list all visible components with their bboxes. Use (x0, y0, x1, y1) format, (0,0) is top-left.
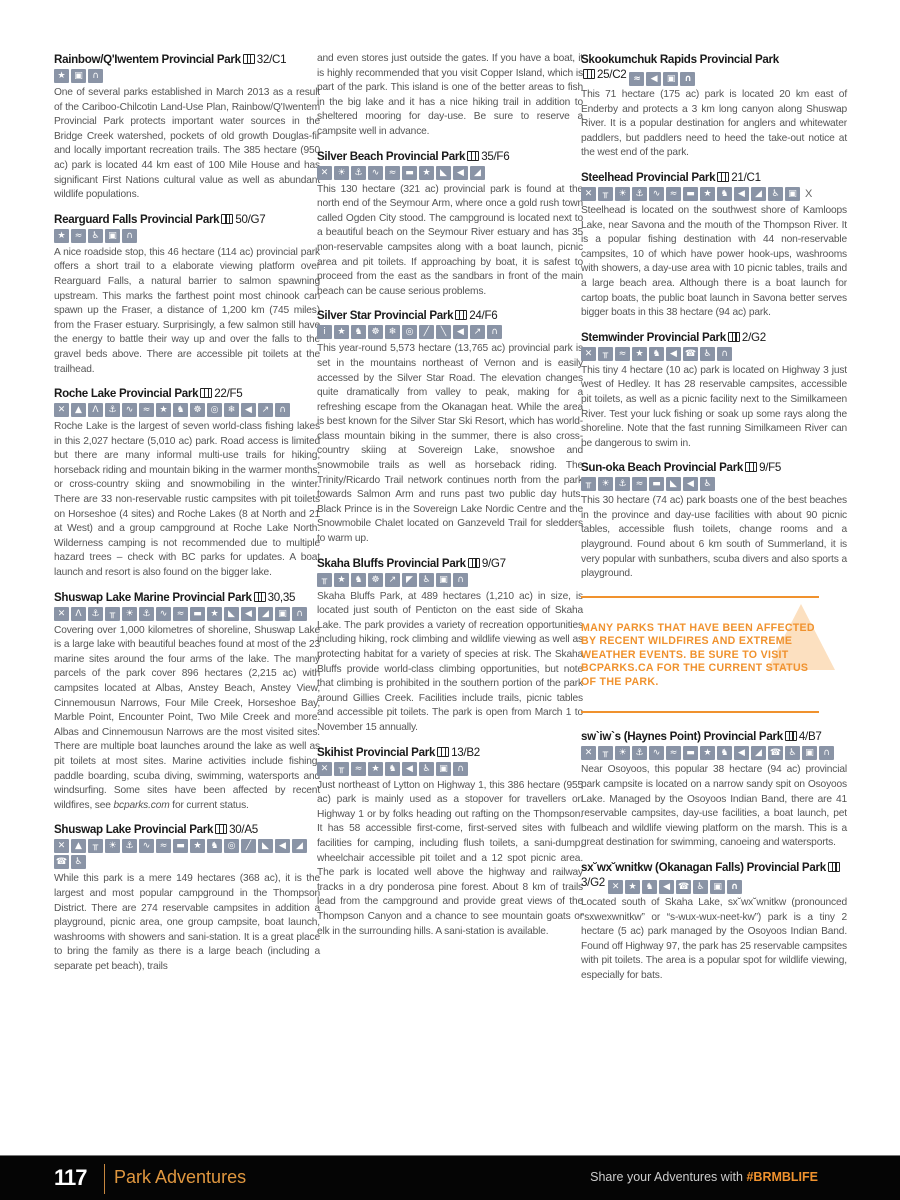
canoe-icon: ▬ (173, 839, 188, 853)
canoe-icon: ▬ (683, 187, 698, 201)
wheelchair-icon: ♿ (700, 477, 715, 491)
amenity-icons: ✕Λ⚓╥☀⚓∿≈▬★◣◀◢▣∩ (54, 607, 320, 621)
fishing-icon: ◀ (659, 880, 674, 894)
amenity-icons: ≈◀▣∩ (629, 72, 695, 86)
paddling-icon: ≈ (173, 607, 188, 621)
toilet-icon: ▣ (710, 880, 725, 894)
hiking-icon: ★ (54, 69, 69, 83)
no-entry-icon: ✕ (317, 762, 332, 776)
binoculars-icon: ∩ (453, 762, 468, 776)
no-entry-icon: ✕ (581, 347, 596, 361)
park-title: Skihist Provincial Park13/B2 (317, 745, 583, 760)
footer-divider (104, 1164, 105, 1194)
horseback-icon: ♞ (173, 403, 188, 417)
park-description: Located south of Skaha Lake, sx˘wx˘wnitk… (581, 896, 847, 984)
amenity-icons: ✕╥☀⚓∿≈▬★♞◀◢☎♿▣∩ (581, 746, 847, 760)
map-book-icon (243, 54, 255, 64)
notice-text: MANY PARKS THAT HAVE BEEN AFFECTED BY RE… (581, 610, 819, 700)
scuba-icon: ◣ (666, 477, 681, 491)
park-entry: Stemwinder Provincial Park2/G2✕╥≈★♞◀☎♿∩T… (581, 330, 847, 452)
amenity-icons: ╥★♞☸↗◤♿▣∩ (317, 573, 583, 587)
horseback-icon: ♞ (385, 762, 400, 776)
paddling-icon: ≈ (139, 403, 154, 417)
map-reference: 35/F6 (481, 150, 509, 163)
amenity-icons: ╥☀⚓≈▬◣◀♿ (581, 477, 847, 491)
park-name: sx˘wx˘wnitkw (Okanagan Falls) Provincial… (581, 861, 826, 874)
picnic-icon: ╥ (88, 839, 103, 853)
park-name: sw`iw`s (Haynes Point) Provincial Park (581, 730, 783, 743)
picnic-icon: ╥ (598, 746, 613, 760)
hiking-icon: ★ (334, 573, 349, 587)
park-title: Sun-oka Beach Provincial Park9/F5 (581, 460, 847, 475)
biking-icon: ◎ (207, 403, 222, 417)
wheelchair-icon: ♿ (693, 880, 708, 894)
amenity-icons: ★≈♿▣∩ (54, 229, 320, 243)
map-reference: 30/A5 (229, 823, 258, 836)
snowshoe-icon: ╲ (436, 325, 451, 339)
windsurf-icon: ◢ (470, 166, 485, 180)
wildfire-notice: MANY PARKS THAT HAVE BEEN AFFECTED BY RE… (581, 596, 819, 714)
park-name: Skihist Provincial Park (317, 746, 435, 759)
park-name: Skaha Bluffs Provincial Park (317, 557, 466, 570)
park-description: This tiny 4 hectare (10 ac) park is loca… (581, 364, 847, 452)
section-title: Park Adventures (114, 1167, 246, 1188)
binoculars-icon: ∩ (819, 746, 834, 760)
map-book-icon (200, 388, 212, 398)
map-reference: 50/G7 (235, 213, 265, 226)
paddling-icon: ≈ (666, 746, 681, 760)
no-entry-icon: ✕ (608, 880, 623, 894)
park-description: This 71 hectare (175 ac) park is located… (581, 88, 847, 161)
paddling-icon: ≈ (351, 762, 366, 776)
park-entry: Skaha Bluffs Provincial Park9/G7╥★♞☸↗◤♿▣… (317, 556, 583, 736)
rv-camping-icon: ▲ (71, 403, 86, 417)
fishing-icon: ◀ (734, 187, 749, 201)
wheelchair-icon: ♿ (700, 347, 715, 361)
amenity-icons: ✕★♞◀☎♿▣∩ (608, 880, 742, 894)
beach-icon: ☀ (615, 187, 630, 201)
park-name: Shuswap Lake Marine Provincial Park (54, 591, 252, 604)
swimming-icon: ∿ (139, 839, 154, 853)
tent-icon: Λ (88, 403, 103, 417)
scuba-icon: ◣ (436, 166, 451, 180)
toilet-icon: ▣ (275, 607, 290, 621)
amenity-icons: ✕╥≈★♞◀♿▣∩ (317, 762, 583, 776)
map-reference: 9/F5 (759, 461, 781, 474)
toilet-icon: ▣ (802, 746, 817, 760)
swimming-icon: ∿ (156, 607, 171, 621)
beach-icon: ☀ (105, 839, 120, 853)
horseback-icon: ♞ (207, 839, 222, 853)
park-title: Roche Lake Provincial Park22/F5 (54, 386, 320, 401)
wheelchair-icon: ♿ (785, 746, 800, 760)
park-name: Stemwinder Provincial Park (581, 331, 726, 344)
fishing-icon: ◀ (275, 839, 290, 853)
park-title: Silver Beach Provincial Park35/F6 (317, 149, 583, 164)
hashtag: #BRMBLIFE (746, 1170, 818, 1184)
park-entry: Steelhead Provincial Park21/C1✕╥☀⚓∿≈▬★♞◀… (581, 170, 847, 321)
no-entry-icon: ✕ (54, 839, 69, 853)
park-description: A nice roadside stop, this 46 hectare (1… (54, 246, 320, 377)
map-book-icon (583, 69, 595, 79)
paddling-icon: ≈ (629, 72, 644, 86)
share-prefix: Share your Adventures with (590, 1170, 743, 1184)
no-entry-icon: ✕ (581, 187, 596, 201)
map-book-icon (254, 592, 266, 602)
park-name: Silver Beach Provincial Park (317, 150, 465, 163)
fishing-icon: ◀ (646, 72, 661, 86)
horseback-icon: ♞ (351, 325, 366, 339)
park-description-continued: and even stores just outside the gates. … (317, 52, 583, 140)
no-entry-icon: ✕ (317, 166, 332, 180)
horseback-icon: ♞ (717, 187, 732, 201)
hiking-icon: ★ (190, 839, 205, 853)
phone-icon: ☎ (54, 855, 69, 869)
wheelchair-icon: ♿ (88, 229, 103, 243)
map-book-icon (468, 558, 480, 568)
binoculars-icon: ∩ (122, 229, 137, 243)
park-entry: Sun-oka Beach Provincial Park9/F5╥☀⚓≈▬◣◀… (581, 460, 847, 582)
column-3: Skookumchuk Rapids Provincial Park25/C2≈… (581, 52, 847, 992)
wheelchair-icon: ♿ (768, 187, 783, 201)
park-title: Skaha Bluffs Provincial Park9/G7 (317, 556, 583, 571)
swimming-icon: ∿ (649, 746, 664, 760)
fishing-icon: ◀ (241, 403, 256, 417)
notice-rule-bottom (581, 711, 819, 713)
snowmobile-icon: ❄ (385, 325, 400, 339)
horseback-icon: ♞ (717, 746, 732, 760)
map-reference: 4/B7 (799, 730, 822, 743)
canoe-icon: ▬ (649, 477, 664, 491)
paddling-icon: ≈ (385, 166, 400, 180)
binoculars-icon: ∩ (453, 573, 468, 587)
scuba-icon: ◣ (224, 607, 239, 621)
canoe-icon: ▬ (190, 607, 205, 621)
picnic-icon: ╥ (334, 762, 349, 776)
map-book-icon (728, 332, 740, 342)
swimming-icon: ∿ (122, 403, 137, 417)
boat-launch-icon: ⚓ (615, 477, 630, 491)
horseback-icon: ♞ (642, 880, 657, 894)
wheelchair-icon: ♿ (419, 573, 434, 587)
atv-icon: ☸ (368, 325, 383, 339)
park-title: Rainbow/Q'Iwentem Provincial Park32/C1 (54, 52, 320, 67)
fishing-icon: ◀ (734, 746, 749, 760)
park-description: One of several parks established in Marc… (54, 86, 320, 203)
biking-icon: ◎ (402, 325, 417, 339)
amenity-icons: ✕▲Λ⚓∿≈★♞☸◎❄◀↗∩ (54, 403, 320, 417)
phone-icon: ☎ (676, 880, 691, 894)
binoculars-icon: ∩ (292, 607, 307, 621)
park-entry: Roche Lake Provincial Park22/F5✕▲Λ⚓∿≈★♞☸… (54, 386, 320, 581)
park-entry: Skihist Provincial Park13/B2✕╥≈★♞◀♿▣∩Jus… (317, 745, 583, 940)
picnic-icon: ╥ (598, 347, 613, 361)
park-description: Roche Lake is the largest of seven world… (54, 420, 320, 581)
amenity-icons: ✕☀⚓∿≈▬★◣◀◢ (317, 166, 583, 180)
park-entry: Skookumchuk Rapids Provincial Park25/C2≈… (581, 52, 847, 161)
binoculars-icon: ∩ (727, 880, 742, 894)
park-description: Covering over 1,000 kilometres of shorel… (54, 624, 320, 814)
park-name: Sun-oka Beach Provincial Park (581, 461, 743, 474)
windsurf-icon: ◢ (751, 746, 766, 760)
park-description: Near Osoyoos, this popular 38 hectare (9… (581, 763, 847, 851)
picnic-icon: ╥ (581, 477, 596, 491)
atv-icon: ☸ (368, 573, 383, 587)
map-reference: 24/F6 (469, 309, 497, 322)
extra-mark: X (805, 187, 812, 201)
hiking-icon: ★ (334, 325, 349, 339)
park-name: Rainbow/Q'Iwentem Provincial Park (54, 53, 241, 66)
map-reference: 30,35 (268, 591, 296, 604)
fishing-icon: ◀ (241, 607, 256, 621)
binoculars-icon: ∩ (680, 72, 695, 86)
park-title: Shuswap Lake Marine Provincial Park30,35 (54, 590, 320, 605)
binoculars-icon: ∩ (275, 403, 290, 417)
paddling-icon: ≈ (156, 839, 171, 853)
horseback-icon: ♞ (351, 573, 366, 587)
toilet-icon: ▣ (663, 72, 678, 86)
swimming-icon: ∿ (649, 187, 664, 201)
hiking-icon: ★ (700, 187, 715, 201)
park-title: Skookumchuk Rapids Provincial Park25/C2≈… (581, 52, 847, 86)
park-description: This year-round 5,573 hectare (13,765 ac… (317, 342, 583, 546)
horseback-icon: ♞ (649, 347, 664, 361)
binoculars-icon: ∩ (88, 69, 103, 83)
fishing-icon: ◀ (666, 347, 681, 361)
column-1: Rainbow/Q'Iwentem Provincial Park32/C1★▣… (54, 52, 320, 984)
website-link[interactable]: bcparks.com (113, 800, 169, 811)
map-book-icon (745, 462, 757, 472)
toilet-icon: ▣ (105, 229, 120, 243)
wheelchair-icon: ♿ (71, 855, 86, 869)
beach-icon: ☀ (334, 166, 349, 180)
no-entry-icon: ✕ (54, 403, 69, 417)
map-book-icon (215, 824, 227, 834)
amenity-icons: i★♞☸❄◎╱╲◀↗∩ (317, 325, 583, 339)
no-entry-icon: ✕ (54, 607, 69, 621)
tent-icon: Λ (71, 607, 86, 621)
map-book-icon (467, 151, 479, 161)
climbing-icon: ↗ (258, 403, 273, 417)
boat-launch-icon: ⚓ (139, 607, 154, 621)
boat-launch-icon: ⚓ (122, 839, 137, 853)
map-book-icon (828, 862, 840, 872)
boat-launch-icon: ⚓ (351, 166, 366, 180)
beach-icon: ☀ (122, 607, 137, 621)
scuba-icon: ◣ (258, 839, 273, 853)
park-description: While this park is a mere 149 hectares (… (54, 872, 320, 974)
paddling-icon: ≈ (632, 477, 647, 491)
snowmobile-icon: ❄ (224, 403, 239, 417)
fishing-icon: ◀ (683, 477, 698, 491)
toilet-icon: ▣ (436, 573, 451, 587)
map-reference: 32/C1 (257, 53, 286, 66)
boat-launch-icon: ⚓ (632, 746, 647, 760)
map-reference: 22/F5 (214, 387, 242, 400)
canoe-icon: ▬ (683, 746, 698, 760)
climbing-icon: ↗ (470, 325, 485, 339)
toilet-icon: ▣ (71, 69, 86, 83)
canoe-icon: ▬ (402, 166, 417, 180)
toilet-icon: ▣ (436, 762, 451, 776)
park-title: sx˘wx˘wnitkw (Okanagan Falls) Provincial… (581, 860, 847, 894)
xc-ski-icon: ╱ (419, 325, 434, 339)
hiking-icon: ★ (700, 746, 715, 760)
hiking-icon: ★ (368, 762, 383, 776)
picnic-icon: ╥ (598, 187, 613, 201)
hiking-icon: ★ (207, 607, 222, 621)
amenity-icons: ★▣∩ (54, 69, 320, 83)
map-book-icon (221, 214, 233, 224)
hiking-icon: ★ (625, 880, 640, 894)
page-footer: 117 Park Adventures Share your Adventure… (0, 1155, 900, 1200)
park-description: This 130 hectare (321 ac) provincial par… (317, 183, 583, 300)
share-tagline: Share your Adventures with #BRMBLIFE (590, 1170, 818, 1184)
hiking-icon: ★ (632, 347, 647, 361)
page: Rainbow/Q'Iwentem Provincial Park32/C1★▣… (0, 0, 900, 1155)
map-book-icon (785, 731, 797, 741)
park-description: Steelhead is located on the southwest sh… (581, 204, 847, 321)
swimming-icon: ∿ (368, 166, 383, 180)
picnic-icon: ╥ (105, 607, 120, 621)
climbing-icon: ↗ (385, 573, 400, 587)
park-name: Rearguard Falls Provincial Park (54, 213, 219, 226)
park-entry: Shuswap Lake Marine Provincial Park30,35… (54, 590, 320, 814)
park-description: Just northeast of Lytton on Highway 1, t… (317, 779, 583, 940)
park-name: Skookumchuk Rapids Provincial Park (581, 53, 779, 66)
beach-icon: ☀ (615, 746, 630, 760)
phone-icon: ☎ (768, 746, 783, 760)
rock-climbing-icon: ◤ (402, 573, 417, 587)
notice-rule-top (581, 596, 819, 598)
park-name: Silver Star Provincial Park (317, 309, 453, 322)
map-book-icon (717, 172, 729, 182)
hiking-icon: ★ (156, 403, 171, 417)
park-name: Steelhead Provincial Park (581, 171, 715, 184)
no-entry-icon: ✕ (581, 746, 596, 760)
fishing-icon: ◀ (453, 325, 468, 339)
park-entry: Rainbow/Q'Iwentem Provincial Park32/C1★▣… (54, 52, 320, 203)
windsurf-icon: ◢ (258, 607, 273, 621)
xc-ski-icon: ╱ (241, 839, 256, 853)
park-title: Shuswap Lake Provincial Park30/A5 (54, 822, 320, 837)
page-number: 117 (54, 1165, 87, 1191)
windsurf-icon: ◢ (751, 187, 766, 201)
phone-icon: ☎ (683, 347, 698, 361)
park-name: Roche Lake Provincial Park (54, 387, 198, 400)
paddling-icon: ≈ (666, 187, 681, 201)
wheelchair-icon: ♿ (419, 762, 434, 776)
beach-icon: ☀ (598, 477, 613, 491)
map-reference: 21/C1 (731, 171, 760, 184)
map-reference: 25/C2 (597, 68, 626, 81)
map-book-icon (455, 310, 467, 320)
boat-launch-icon: ⚓ (632, 187, 647, 201)
park-description: This 30 hectare (74 ac) park boasts one … (581, 494, 847, 582)
binoculars-icon: ∩ (487, 325, 502, 339)
hiking-icon: ★ (419, 166, 434, 180)
fishing-icon: ◀ (453, 166, 468, 180)
park-title: Stemwinder Provincial Park2/G2 (581, 330, 847, 345)
park-entry: Silver Star Provincial Park24/F6i★♞☸❄◎╱╲… (317, 308, 583, 546)
paddling-icon: ≈ (71, 229, 86, 243)
amenity-icons: ✕╥☀⚓∿≈▬★♞◀◢♿▣X (581, 187, 847, 201)
park-entry: sw`iw`s (Haynes Point) Provincial Park4/… (581, 729, 847, 851)
amenity-icons: ✕▲╥☀⚓∿≈▬★♞◎╱◣◀◢☎♿ (54, 839, 320, 869)
picnic-icon: ╥ (317, 573, 332, 587)
windsurf-icon: ◢ (292, 839, 307, 853)
amenity-icons: ✕╥≈★♞◀☎♿∩ (581, 347, 847, 361)
park-entry-continued: and even stores just outside the gates. … (317, 52, 583, 140)
map-reference: 9/G7 (482, 557, 506, 570)
rv-camping-icon: ▲ (71, 839, 86, 853)
park-title: sw`iw`s (Haynes Point) Provincial Park4/… (581, 729, 847, 744)
boat-launch-icon: ⚓ (105, 403, 120, 417)
column-2: and even stores just outside the gates. … (317, 52, 583, 948)
map-reference: 3/G2 (581, 876, 605, 889)
map-book-icon (437, 747, 449, 757)
hiking-icon: ★ (54, 229, 69, 243)
park-description: Skaha Bluffs Park, at 489 hectares (1,21… (317, 590, 583, 736)
park-title: Steelhead Provincial Park21/C1 (581, 170, 847, 185)
park-entry: Shuswap Lake Provincial Park30/A5✕▲╥☀⚓∿≈… (54, 822, 320, 974)
park-entry: Silver Beach Provincial Park35/F6✕☀⚓∿≈▬★… (317, 149, 583, 300)
map-reference: 2/G2 (742, 331, 766, 344)
park-entry: Rearguard Falls Provincial Park50/G7★≈♿▣… (54, 212, 320, 377)
anchor-icon: ⚓ (88, 607, 103, 621)
toilet-icon: ▣ (785, 187, 800, 201)
park-title: Silver Star Provincial Park24/F6 (317, 308, 583, 323)
biking-icon: ◎ (224, 839, 239, 853)
park-title: Rearguard Falls Provincial Park50/G7 (54, 212, 320, 227)
atv-icon: ☸ (190, 403, 205, 417)
paddling-icon: ≈ (615, 347, 630, 361)
map-reference: 13/B2 (451, 746, 480, 759)
park-name: Shuswap Lake Provincial Park (54, 823, 213, 836)
binoculars-icon: ∩ (717, 347, 732, 361)
fishing-icon: ◀ (402, 762, 417, 776)
park-entry: sx˘wx˘wnitkw (Okanagan Falls) Provincial… (581, 860, 847, 984)
info-icon: i (317, 325, 332, 339)
